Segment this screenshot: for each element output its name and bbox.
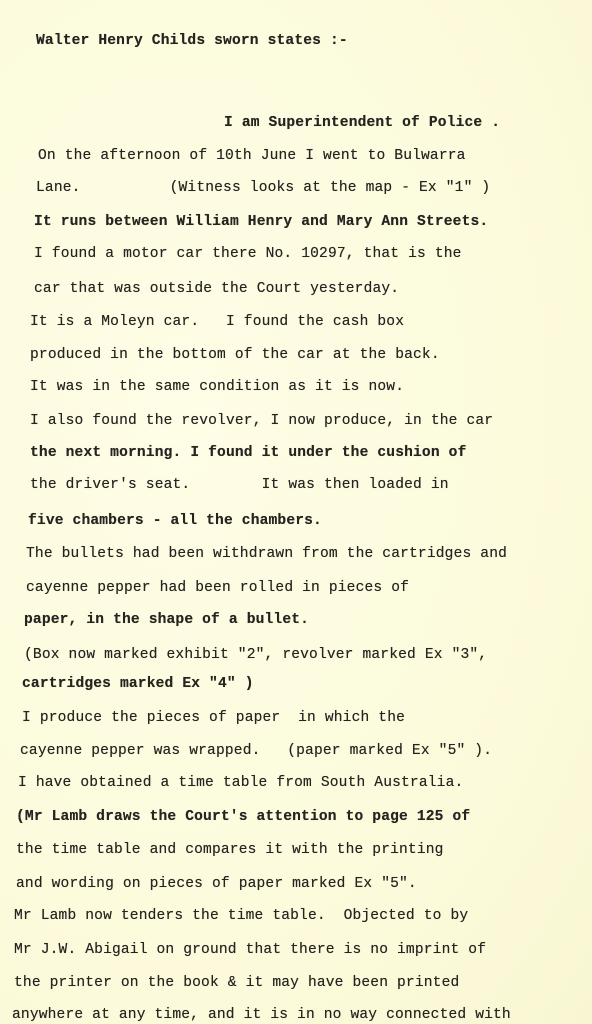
text-line: anywhere at any time, and it is in no wa…: [12, 1008, 511, 1023]
text-line: I found a motor car there No. 10297, tha…: [34, 247, 462, 262]
typewritten-page: Walter Henry Childs sworn states :- I am…: [0, 0, 592, 1024]
statement-heading: Walter Henry Childs sworn states :-: [36, 34, 348, 49]
text-line: (Mr Lamb draws the Court's attention to …: [16, 810, 470, 825]
text-line: paper, in the shape of a bullet.: [24, 613, 309, 628]
text-line: It is a Moleyn car. I found the cash box: [30, 315, 404, 330]
text-line: I produce the pieces of paper in which t…: [22, 711, 405, 726]
text-line: Mr Lamb now tenders the time table. Obje…: [14, 909, 468, 924]
text-line: produced in the bottom of the car at the…: [30, 348, 440, 363]
text-line: car that was outside the Court yesterday…: [34, 282, 399, 297]
text-line: It runs between William Henry and Mary A…: [34, 215, 488, 230]
text-line: cartridges marked Ex "4" ): [22, 677, 254, 692]
text-line: On the afternoon of 10th June I went to …: [38, 149, 466, 164]
text-line: Mr J.W. Abigail on ground that there is …: [14, 943, 486, 958]
text-line: cayenne pepper had been rolled in pieces…: [26, 581, 409, 596]
text-line: I am Superintendent of Police .: [224, 116, 500, 131]
text-line: and wording on pieces of paper marked Ex…: [16, 877, 417, 892]
text-line: I also found the revolver, I now produce…: [30, 414, 493, 429]
text-line: cayenne pepper was wrapped. (paper marke…: [20, 744, 492, 759]
text-line: It was in the same condition as it is no…: [30, 380, 404, 395]
text-line: the time table and compares it with the …: [16, 843, 444, 858]
text-line: the next morning. I found it under the c…: [30, 446, 466, 461]
text-line: (Box now marked exhibit "2", revolver ma…: [24, 648, 487, 663]
text-line: the driver's seat. It was then loaded in: [30, 478, 449, 493]
text-line: The bullets had been withdrawn from the …: [26, 547, 507, 562]
text-line: five chambers - all the chambers.: [28, 514, 322, 529]
text-line: Lane. (Witness looks at the map - Ex "1"…: [36, 181, 490, 196]
text-line: I have obtained a time table from South …: [18, 776, 463, 791]
text-line: the printer on the book & it may have be…: [14, 976, 459, 991]
